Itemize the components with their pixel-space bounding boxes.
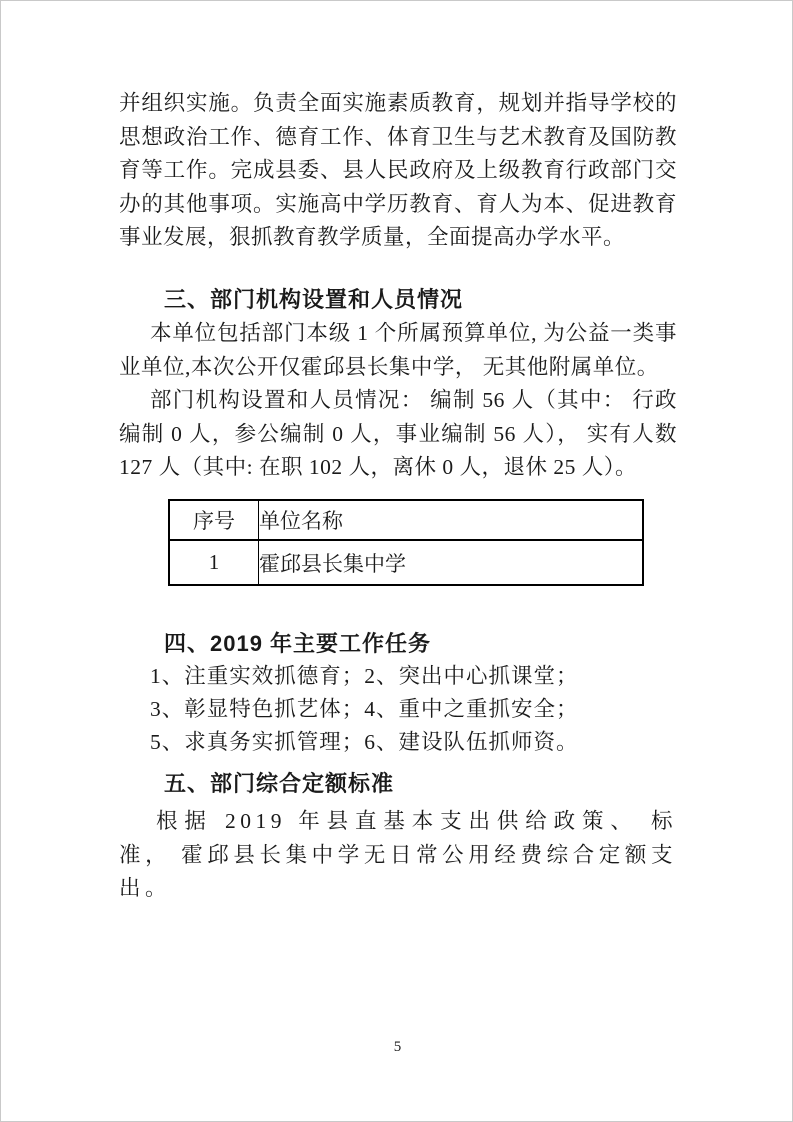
section-3-heading: 三、部门机构设置和人员情况 (119, 287, 677, 313)
unit-table-header-name: 单位名称 (259, 500, 644, 540)
document-page: 并组织实施。负责全面实施素质教育，规划并指导学校的思想政治工作、德育工作、体育卫… (0, 0, 793, 1122)
unit-table-header-row: 序号 单位名称 (169, 500, 643, 540)
section-4-task-list: 1、注重实效抓德育；2、突出中心抓课堂； 3、彰显特色抓艺体；4、重中之重抓安全… (119, 660, 677, 759)
page-number: 5 (1, 1039, 793, 1056)
task-line-3: 5、求真务实抓管理；6、建设队伍抓师资。 (119, 726, 677, 759)
unit-table: 序号 单位名称 1 霍邱县长集中学 (168, 499, 644, 586)
unit-table-cell-no: 1 (169, 540, 259, 585)
unit-table-header-no: 序号 (169, 500, 259, 540)
section-5-paragraph: 根据 2019 年县直基本支出供给政策、 标准， 霍邱县长集中学无日常公用经费综… (119, 805, 677, 906)
section-5-heading: 五、部门综合定额标准 (119, 771, 677, 797)
section-3-paragraph-2: 部门机构设置和人员情况： 编制 56 人（其中： 行政编制 0 人，参公编制 0… (119, 384, 677, 485)
task-line-2: 3、彰显特色抓艺体；4、重中之重抓安全； (119, 693, 677, 726)
intro-paragraph: 并组织实施。负责全面实施素质教育，规划并指导学校的思想政治工作、德育工作、体育卫… (119, 87, 677, 255)
unit-table-row: 1 霍邱县长集中学 (169, 540, 643, 585)
unit-table-cell-name: 霍邱县长集中学 (259, 540, 644, 585)
section-4-heading: 四、2019 年主要工作任务 (119, 631, 677, 657)
section-3-paragraph-1: 本单位包括部门本级 1 个所属预算单位, 为公益一类事业单位,本次公开仅霍邱县长… (119, 317, 677, 384)
task-line-1: 1、注重实效抓德育；2、突出中心抓课堂； (119, 660, 677, 693)
